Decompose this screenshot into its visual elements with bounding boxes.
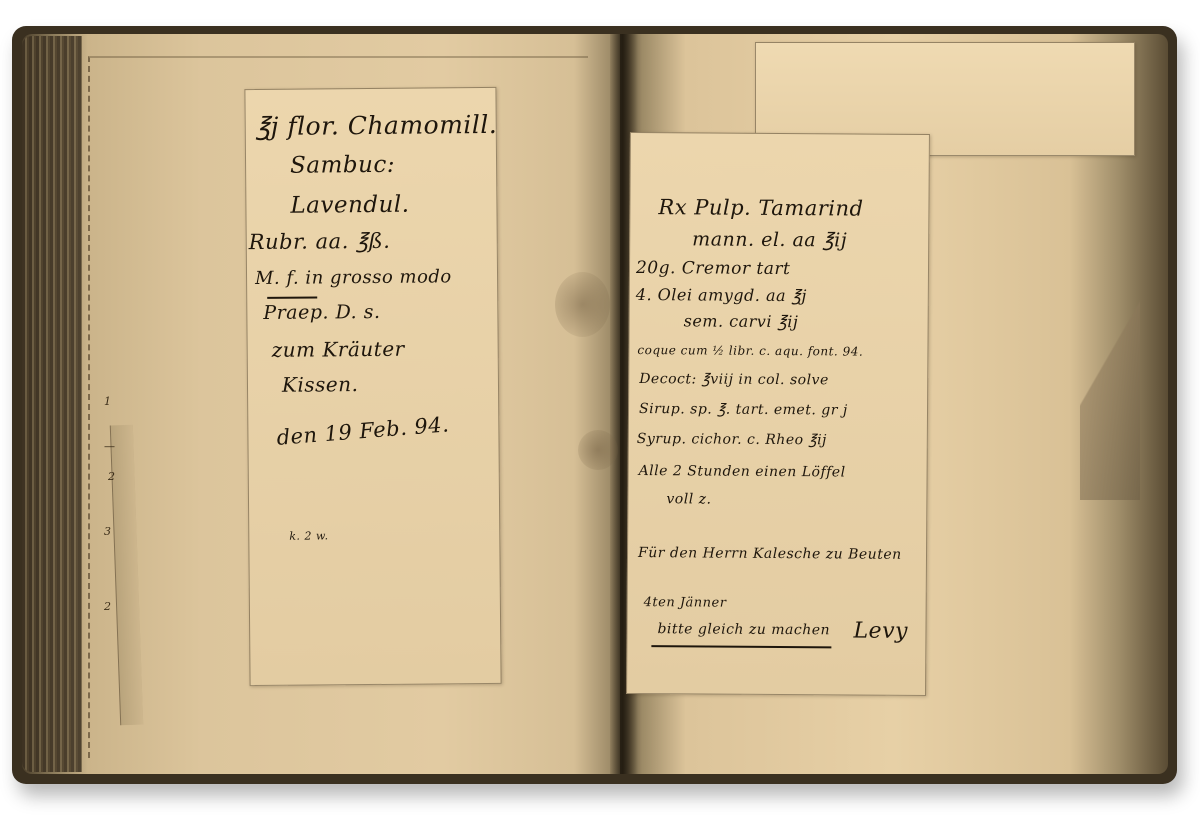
prescription-slip-right: Rx Pulp. Tamarind mann. el. aa ℥ij 20g. …	[626, 132, 930, 696]
slip-line: ℥j flor. Chamomill.	[256, 110, 498, 141]
slip-line: Rx Pulp. Tamarind	[658, 195, 863, 220]
slip-line: zum Kräuter	[272, 337, 405, 362]
slip-line: Sirup. sp. ℥. tart. emet. gr j	[639, 401, 848, 418]
slip-line: mann. el. aa ℥ij	[692, 228, 847, 251]
slip-line: Kissen.	[282, 372, 359, 397]
slip-line: 20g. Cremor tart	[636, 258, 790, 279]
slip-line: 4ten Jänner	[644, 595, 727, 611]
slip-line: Sambuc:	[290, 152, 395, 179]
margin-mark: 2	[108, 470, 115, 483]
prescription-slip-left: ℥j flor. Chamomill. Sambuc: Lavendul. Ru…	[244, 87, 501, 686]
slip-line: Für den Herrn Kalesche zu Beuten	[638, 545, 902, 563]
paper-stain	[555, 272, 610, 337]
slip-line: Decoct: ℥viij in col. solve	[639, 371, 829, 388]
margin-mark: 2	[104, 600, 111, 613]
page-edges	[22, 36, 82, 772]
slip-line: Lavendul.	[290, 192, 409, 219]
slip-line: sem. carvi ℥ij	[684, 311, 799, 331]
slip-line: bitte gleich zu machen	[657, 621, 830, 638]
slip-line: M. f. in grosso modo	[255, 266, 452, 289]
slip-line: Praep. D. s.	[263, 301, 380, 324]
page-fold	[1080, 270, 1140, 500]
slip-line: voll z.	[666, 491, 711, 507]
ink-underline	[267, 296, 317, 298]
margin-mark: 3	[104, 525, 111, 538]
slip-line: coque cum ½ libr. c. aqu. font. 94.	[637, 343, 863, 359]
signature: Levy	[853, 619, 908, 644]
margin-mark: 1	[104, 395, 111, 408]
slip-line: Rubr. aa. ℥ß.	[249, 229, 391, 254]
ink-underline	[651, 645, 831, 648]
paper-stain	[578, 430, 618, 470]
slip-note: k. 2 w.	[289, 529, 328, 542]
margin-mark: —	[104, 440, 115, 453]
slip-line: Syrup. cichor. c. Rheo ℥ij	[637, 431, 827, 448]
slip-date: den 19 Feb. 94.	[276, 412, 450, 450]
slip-line: Alle 2 Stunden einen Löffel	[639, 463, 846, 480]
slip-line: 4. Olei amygd. aa ℥j	[636, 285, 807, 305]
